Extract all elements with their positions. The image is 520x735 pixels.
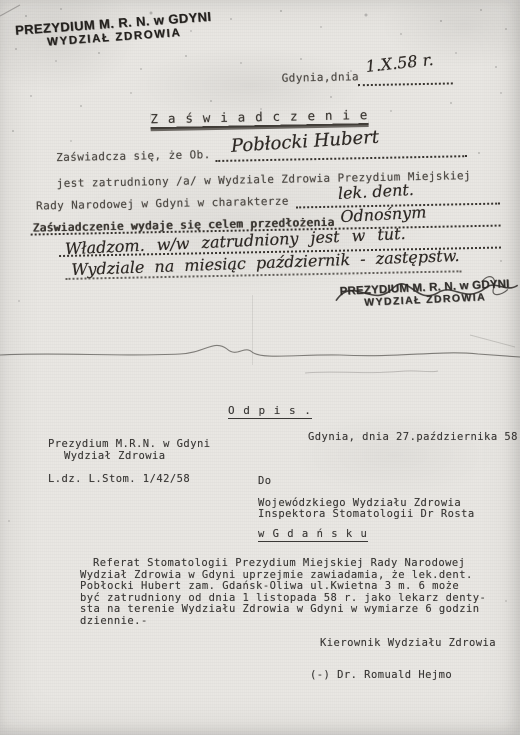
body-line: dziennie.- <box>80 616 486 628</box>
body-line: sta na terenie Wydziału Zdrowia w Gdyni … <box>80 604 486 616</box>
copy-title: O d p i s . <box>228 404 312 419</box>
copy-body-paragraph: Referat Stomatologii Prezydium Miejskiej… <box>80 558 486 627</box>
copy-addressee-line2: Inspektora Stomatologii Dr Rosta <box>258 508 475 520</box>
copy-sender-line1: Prezydium M.R.N. w Gdyni <box>48 438 211 450</box>
copy-addressee-city: w G d a ń s k u <box>258 528 368 542</box>
copy-signature-name: (-) Dr. Romuald Hejmo <box>310 669 452 681</box>
copy-section: O d p i s . Gdynia, dnia 27.października… <box>0 0 520 735</box>
copy-to-label: Do <box>258 475 272 487</box>
scanned-document-page: PREZYDIUM M. R. N. w GDYNI WYDZIAŁ ZDROW… <box>0 0 520 735</box>
copy-date: Gdynia, dnia 27.października 58 r. <box>308 431 520 443</box>
copy-sender-line2: Wydział Zdrowia <box>64 450 166 462</box>
copy-signature-title: Kierownik Wydziału Zdrowia <box>320 637 496 649</box>
body-line: Referat Stomatologii Prezydium Miejskiej… <box>80 558 486 570</box>
body-line: Pobłocki Hubert zam. Gdańsk-Oliwa ul.Kwi… <box>80 581 486 593</box>
copy-reference-number: L.dz. L.Stom. 1/42/58 <box>48 473 190 485</box>
